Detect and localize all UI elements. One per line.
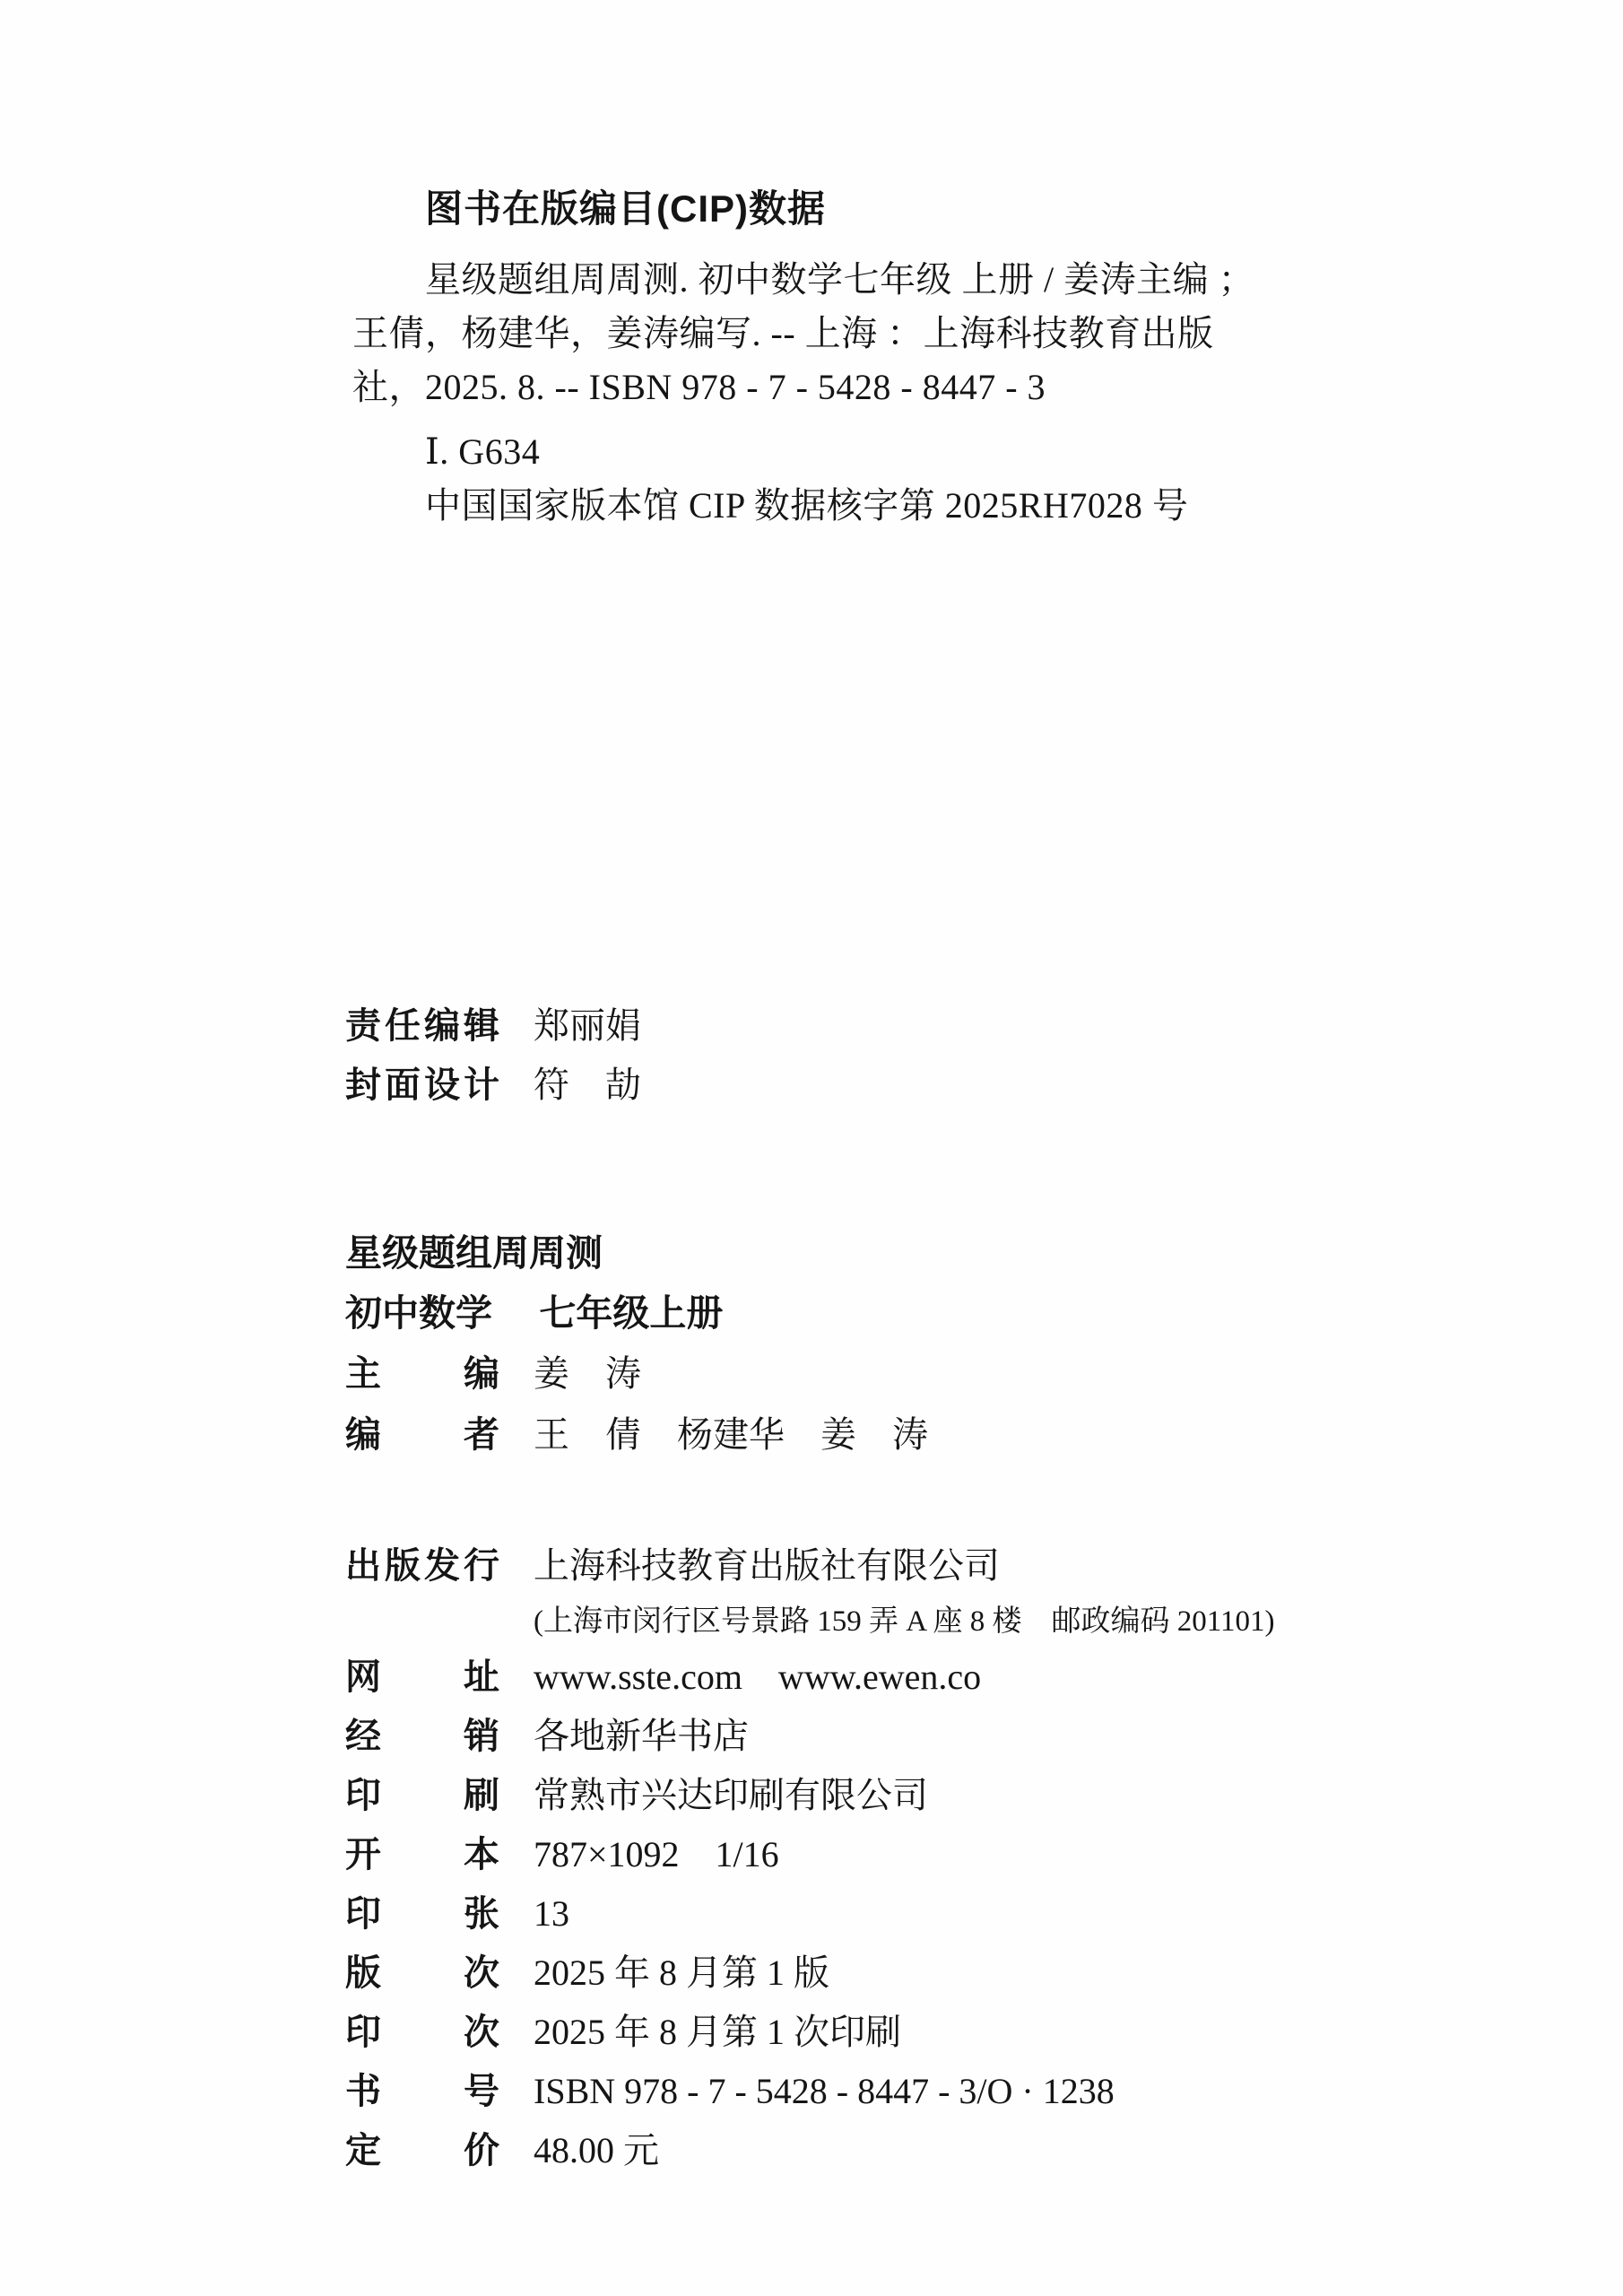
credit-label-cover-design: 封面设计 <box>345 1057 499 1115</box>
pub-row-edition: 版 次 2025 年 8 月第 1 版 <box>345 1944 1275 2003</box>
colophon-page: 图书在版编目(CIP)数据 星级题组周周测. 初中数学七年级 上册 / 姜涛主编… <box>0 0 1623 2296</box>
pub-value-impression: 2025 年 8 月第 1 次印刷 <box>534 2003 901 2061</box>
credit-value-cover-design: 符 劼 <box>534 1056 641 1114</box>
pub-label-isbn: 书 号 <box>345 2063 499 2121</box>
book-label-compilers: 编 者 <box>345 1405 499 1465</box>
book-row-chief-editor: 主 编 姜 涛 <box>345 1344 928 1405</box>
pub-value-edition: 2025 年 8 月第 1 版 <box>534 1944 829 2002</box>
credit-row-cover-design: 封面设计 符 劼 <box>345 1056 641 1115</box>
pub-value-sheets: 13 <box>534 1884 569 1943</box>
pub-value-publisher: 上海科技教育出版社有限公司 <box>534 1536 1000 1595</box>
credit-label-responsible-editor: 责任编辑 <box>345 997 499 1056</box>
book-value-chief-editor: 姜 涛 <box>534 1344 641 1404</box>
pub-label-format: 开 本 <box>345 1826 499 1884</box>
book-title-block: 星级题组周周测 初中数学 七年级上册 主 编 姜 涛 编 者 王 倩 杨建华 姜… <box>345 1223 928 1465</box>
cip-line-record-number: 中国国家版本馆 CIP 数据核字第 2025RH7028 号 <box>425 479 1428 533</box>
cip-block: 图书在版编目(CIP)数据 星级题组周周测. 初中数学七年级 上册 / 姜涛主编… <box>352 179 1428 533</box>
pub-row-website: 网 址 www.sste.com www.ewen.co <box>345 1648 1275 1707</box>
pub-label-price: 定 价 <box>345 2122 499 2180</box>
pub-value-website: www.sste.com www.ewen.co <box>534 1648 981 1706</box>
pub-row-impression: 印 次 2025 年 8 月第 1 次印刷 <box>345 2003 1275 2062</box>
pub-value-distribution: 各地新华书店 <box>534 1707 749 1765</box>
pub-row-format: 开 本 787×1092 1/16 <box>345 1825 1275 1884</box>
pub-row-price: 定 价 48.00 元 <box>345 2121 1275 2180</box>
cip-line-classification: Ⅰ. G634 <box>425 425 1428 479</box>
cip-heading: 图书在版编目(CIP)数据 <box>425 179 1428 233</box>
book-series-title: 星级题组周周测 <box>345 1223 928 1283</box>
pub-row-isbn: 书 号 ISBN 978 - 7 - 5428 - 8447 - 3/O · 1… <box>345 2062 1275 2121</box>
pub-row-sheets: 印 张 13 <box>345 1884 1275 1944</box>
pub-value-isbn: ISBN 978 - 7 - 5428 - 8447 - 3/O · 1238 <box>534 2062 1115 2120</box>
publication-block: 出版发行 上海科技教育出版社有限公司 (上海市闵行区号景路 159 弄 A 座 … <box>345 1536 1275 2180</box>
pub-label-printer: 印 刷 <box>345 1767 499 1825</box>
pub-label-edition: 版 次 <box>345 1944 499 2003</box>
book-subtitle: 初中数学 七年级上册 <box>345 1283 928 1344</box>
pub-value-format: 787×1092 1/16 <box>534 1825 779 1883</box>
cip-line-authors: 王倩，杨建华，姜涛编写. -- 上海 ：上海科技教育出版 <box>352 307 1428 361</box>
pub-label-publisher: 出版发行 <box>345 1537 499 1596</box>
pub-value-price: 48.00 元 <box>534 2121 659 2179</box>
pub-label-sheets: 印 张 <box>345 1885 499 1944</box>
pub-row-publisher: 出版发行 上海科技教育出版社有限公司 <box>345 1536 1275 1596</box>
credits-block: 责任编辑 郑丽娟 封面设计 符 劼 <box>345 996 641 1115</box>
book-row-compilers: 编 者 王 倩 杨建华 姜 涛 <box>345 1405 928 1465</box>
book-value-compilers: 王 倩 杨建华 姜 涛 <box>534 1405 928 1465</box>
publisher-address-note: (上海市闵行区号景路 159 弄 A 座 8 楼 邮政编码 201101) <box>534 1596 1275 1648</box>
cip-line-isbn: 社，2025. 8. -- ISBN 978 - 7 - 5428 - 8447… <box>352 361 1428 414</box>
pub-row-distribution: 经 销 各地新华书店 <box>345 1707 1275 1766</box>
pub-label-impression: 印 次 <box>345 2004 499 2062</box>
pub-label-distribution: 经 销 <box>345 1708 499 1766</box>
pub-row-printer: 印 刷 常熟市兴达印刷有限公司 <box>345 1766 1275 1825</box>
credit-value-responsible-editor: 郑丽娟 <box>534 996 641 1055</box>
book-label-chief-editor: 主 编 <box>345 1344 499 1405</box>
cip-line-title: 星级题组周周测. 初中数学七年级 上册 / 姜涛主编 ； <box>425 253 1428 307</box>
pub-label-website: 网 址 <box>345 1648 499 1707</box>
credit-row-editor: 责任编辑 郑丽娟 <box>345 996 641 1056</box>
pub-value-printer: 常熟市兴达印刷有限公司 <box>534 1766 928 1824</box>
